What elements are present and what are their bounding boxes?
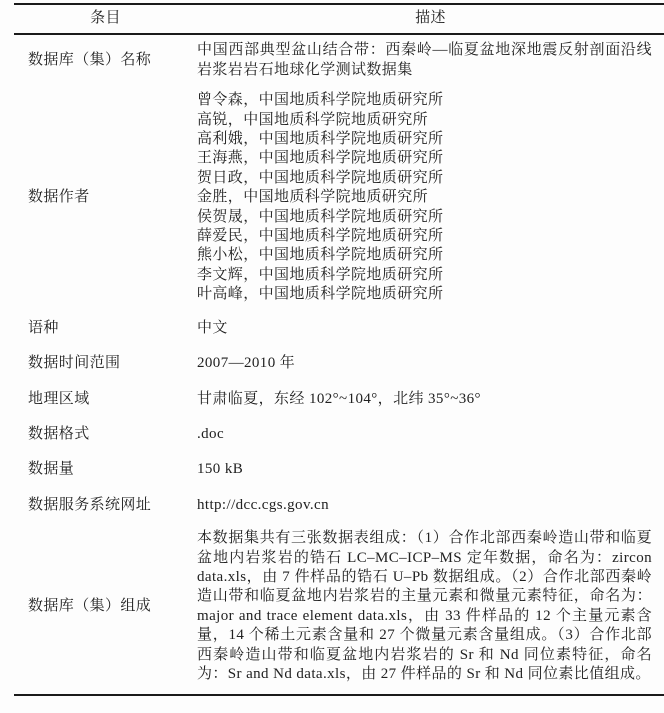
row-label-language: 语种 <box>14 311 197 346</box>
row-value-dataset-name: 中国西部典型盆山结合带：西秦岭—临夏盆地深地震反射剖面沿线岩浆岩岩石地球化学测试… <box>197 34 664 86</box>
row-value-composition: 本数据集共有三张数据表组成：（1）合作北部西秦岭造山带和临夏盆地内岩浆岩的锆石 … <box>197 523 664 695</box>
row-value-data-format: .doc <box>197 417 664 452</box>
document-page: 条目 描述 数据库（集）名称 中国西部典型盆山结合带：西秦岭—临夏盆地深地震反射… <box>0 3 664 713</box>
header-row: 条目 描述 <box>14 4 664 34</box>
row-label-authors: 数据作者 <box>14 86 197 310</box>
row-value-geographic-area: 甘肃临夏，东经 102°~104°，北纬 35°~36° <box>197 382 664 417</box>
table-row-data-format: 数据格式 .doc <box>14 417 664 452</box>
table-row-authors: 数据作者 曾令森，中国地质科学院地质研究所 高锐，中国地质科学院地质研究所 高利… <box>14 86 664 310</box>
column-header-description: 描述 <box>197 4 664 34</box>
row-value-language: 中文 <box>197 311 664 346</box>
row-label-geographic-area: 地理区域 <box>14 382 197 417</box>
row-value-data-size: 150 kB <box>197 452 664 487</box>
author-list: 曾令森，中国地质科学院地质研究所 高锐，中国地质科学院地质研究所 高利娥，中国地… <box>197 86 664 310</box>
row-label-composition: 数据库（集）组成 <box>14 523 197 695</box>
row-value-time-range: 2007—2010 年 <box>197 346 664 381</box>
dataset-metadata-table: 条目 描述 数据库（集）名称 中国西部典型盆山结合带：西秦岭—临夏盆地深地震反射… <box>14 3 664 696</box>
table-row-geographic-area: 地理区域 甘肃临夏，东经 102°~104°，北纬 35°~36° <box>14 382 664 417</box>
row-label-data-format: 数据格式 <box>14 417 197 452</box>
table-row-language: 语种 中文 <box>14 311 664 346</box>
table-row-composition: 数据库（集）组成 本数据集共有三张数据表组成：（1）合作北部西秦岭造山带和临夏盆… <box>14 523 664 695</box>
service-url-text: http://dcc.cgs.gov.cn <box>197 488 664 523</box>
row-label-dataset-name: 数据库（集）名称 <box>14 34 197 86</box>
table-row-dataset-name: 数据库（集）名称 中国西部典型盆山结合带：西秦岭—临夏盆地深地震反射剖面沿线岩浆… <box>14 34 664 86</box>
column-header-item: 条目 <box>14 4 197 34</box>
table-row-time-range: 数据时间范围 2007—2010 年 <box>14 346 664 381</box>
table-row-data-size: 数据量 150 kB <box>14 452 664 487</box>
row-label-service-url: 数据服务系统网址 <box>14 488 197 523</box>
row-label-data-size: 数据量 <box>14 452 197 487</box>
table-row-service-url: 数据服务系统网址 http://dcc.cgs.gov.cn <box>14 488 664 523</box>
row-label-time-range: 数据时间范围 <box>14 346 197 381</box>
